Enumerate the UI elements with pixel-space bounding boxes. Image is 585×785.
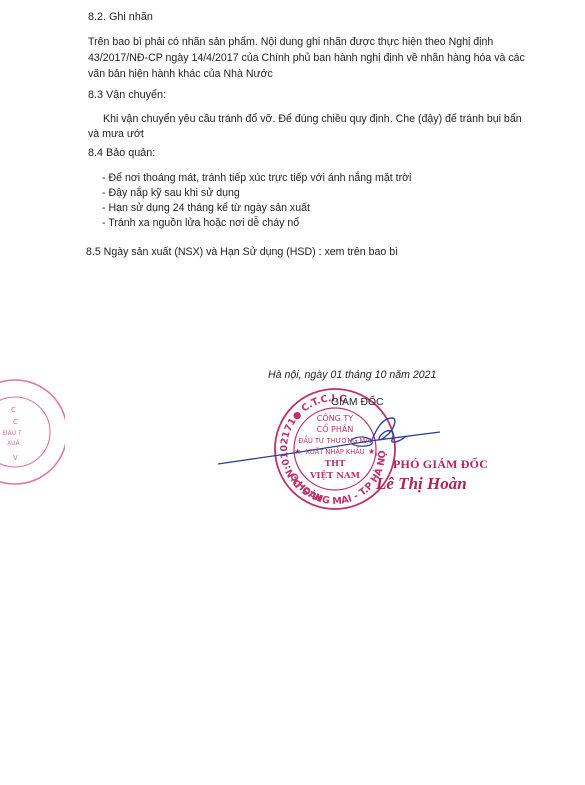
section-heading-storage: 8.4 Bảo quản:	[88, 146, 155, 161]
storage-item: - Để nơi thoáng mát, tránh tiếp xúc trực…	[102, 171, 411, 186]
signature	[0, 400, 585, 520]
section-heading-transport: 8.3 Vận chuyển:	[88, 88, 166, 103]
storage-item: - Đậy nắp kỹ sau khi sử dụng	[102, 186, 240, 201]
production-expiry-note: 8.5 Ngày sản xuất (NSX) và Hạn Sử dụng (…	[86, 245, 398, 260]
storage-item: - Hạn sử dụng 24 tháng kể từ ngày sản xu…	[102, 201, 310, 216]
labeling-line-1: Trên bao bì phải có nhãn sản phẩm. Nội d…	[88, 35, 493, 50]
place-date: Hà nội, ngày 01 tháng 10 năm 2021	[268, 368, 436, 383]
stamped-role: PHÓ GIÁM ĐỐC	[393, 457, 488, 472]
signer-name: Lê Thị Hoàn	[376, 474, 467, 494]
storage-item: - Tránh xa nguồn lửa hoặc nơi dễ cháy nổ	[102, 216, 299, 231]
labeling-line-3: văn bản hiện hành khác của Nhà Nước	[88, 67, 273, 82]
labeling-line-2: 43/2017/NĐ-CP ngày 14/4/2017 của Chính p…	[88, 51, 525, 66]
section-heading-labeling: 8.2. Ghi nhãn	[88, 10, 153, 25]
transport-line-1: Khi vận chuyển yêu cầu tránh đổ vỡ. Để đ…	[103, 112, 522, 127]
transport-line-2: và mưa ướt	[88, 127, 144, 142]
